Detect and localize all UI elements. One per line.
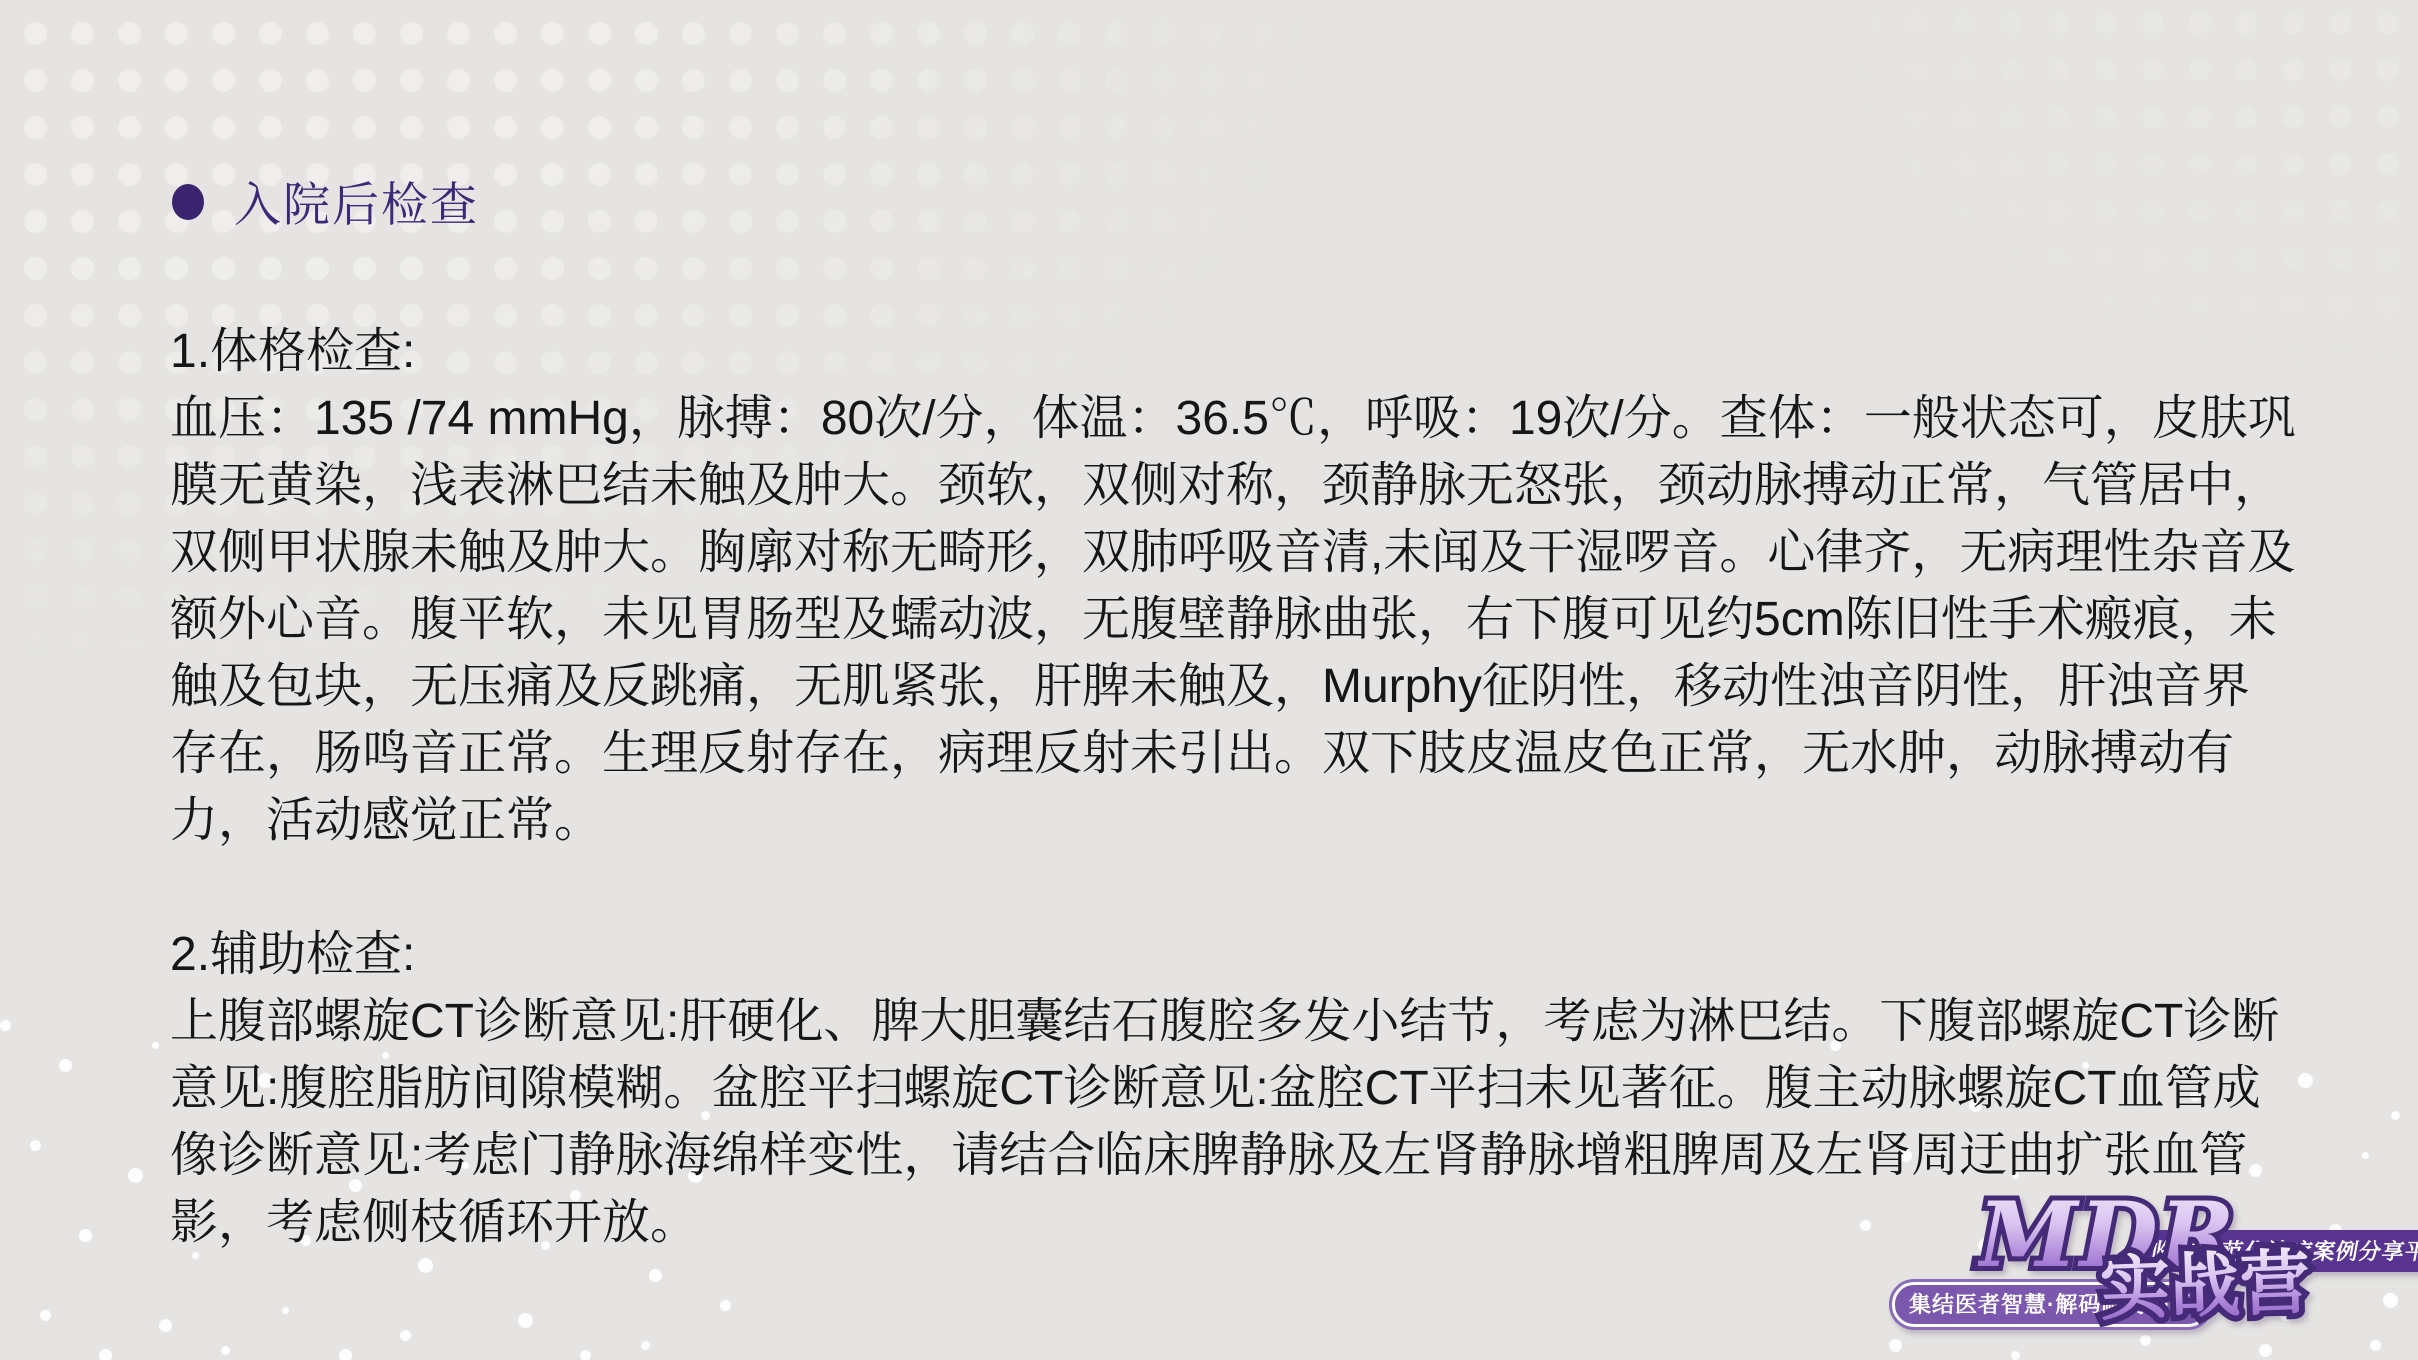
slide-body: 1.体格检查: 血压：135 /74 mmHg，脉搏：80次/分，体温：36.5… [170,318,2296,1323]
slide-title-row: 入院后检查 [172,168,479,235]
mdr-logo: MDRMDR 临床规范化诊疗案例分享平台 实战营实战营 集结医者智慧·解码耐药困… [1878,1190,2418,1360]
section-body-text: 血压：135 /74 mmHg，脉搏：80次/分，体温：36.5℃，呼吸：19次… [170,385,2296,854]
section-physical-exam: 1.体格检查: 血压：135 /74 mmHg，脉搏：80次/分，体温：36.5… [170,318,2296,854]
dot [0,1020,11,1031]
logo-subbrand-fill: 实战营 [2099,1243,2312,1328]
slide: 入院后检查 1.体格检查: 血压：135 /74 mmHg，脉搏：80次/分，体… [0,0,2418,1360]
section-heading: 1.体格检查: [170,318,2296,385]
section-heading: 2.辅助检查: [170,921,2296,988]
slide-title: 入院后检查 [234,168,479,235]
logo-subbrand: 实战营实战营 [2099,1244,2312,1328]
bullet-icon [172,184,204,220]
